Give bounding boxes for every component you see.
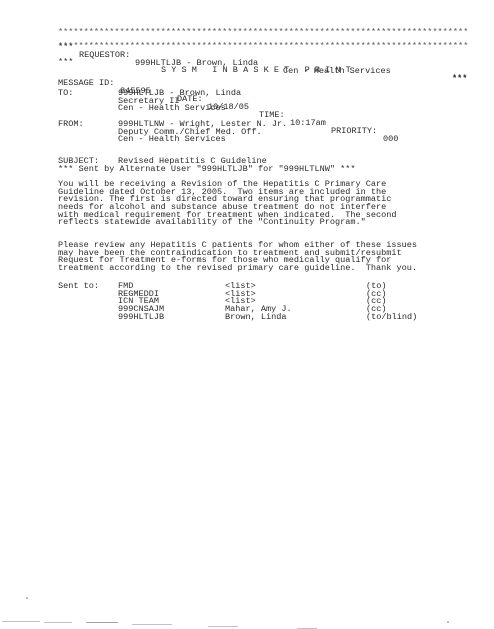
title-prefix: *** <box>58 58 73 66</box>
body-p2-line-4: treatment according to the revised prima… <box>58 264 417 272</box>
recipient-row-name: Brown, Linda <box>225 313 287 321</box>
to-line-3: Cen - Health Services <box>118 104 226 112</box>
priority-label: PRIORITY: <box>331 127 377 135</box>
time-label: TIME: <box>259 111 285 119</box>
to-label: TO: <box>58 89 73 97</box>
star-divider-middle: ****************************************… <box>58 42 468 50</box>
scan-streak <box>86 622 118 623</box>
scan-streak <box>44 622 72 623</box>
recipient-row-id: 999HLTLJB <box>118 313 164 321</box>
from-label: FROM: <box>58 120 84 128</box>
scan-streak <box>2 621 40 622</box>
scan-speck <box>26 597 28 599</box>
sent-to-label: Sent to: <box>58 282 99 290</box>
scan-streak <box>208 626 238 627</box>
from-line-3: Cen - Health Services <box>118 135 226 143</box>
priority-value: 000 <box>383 135 398 143</box>
body-p1-line-6: reflects statewide availability of the "… <box>58 218 366 226</box>
printed-page: ****************************************… <box>0 0 494 629</box>
recipient-row-type: (to/blind) <box>366 313 417 321</box>
message-id-label: MESSAGE ID: <box>58 79 114 87</box>
time-value: 10:17am <box>290 119 326 127</box>
sent-by-note: *** Sent by Alternate User "999HLTLJB" f… <box>58 165 355 173</box>
scan-streak <box>132 624 172 625</box>
scan-speck <box>447 621 449 623</box>
